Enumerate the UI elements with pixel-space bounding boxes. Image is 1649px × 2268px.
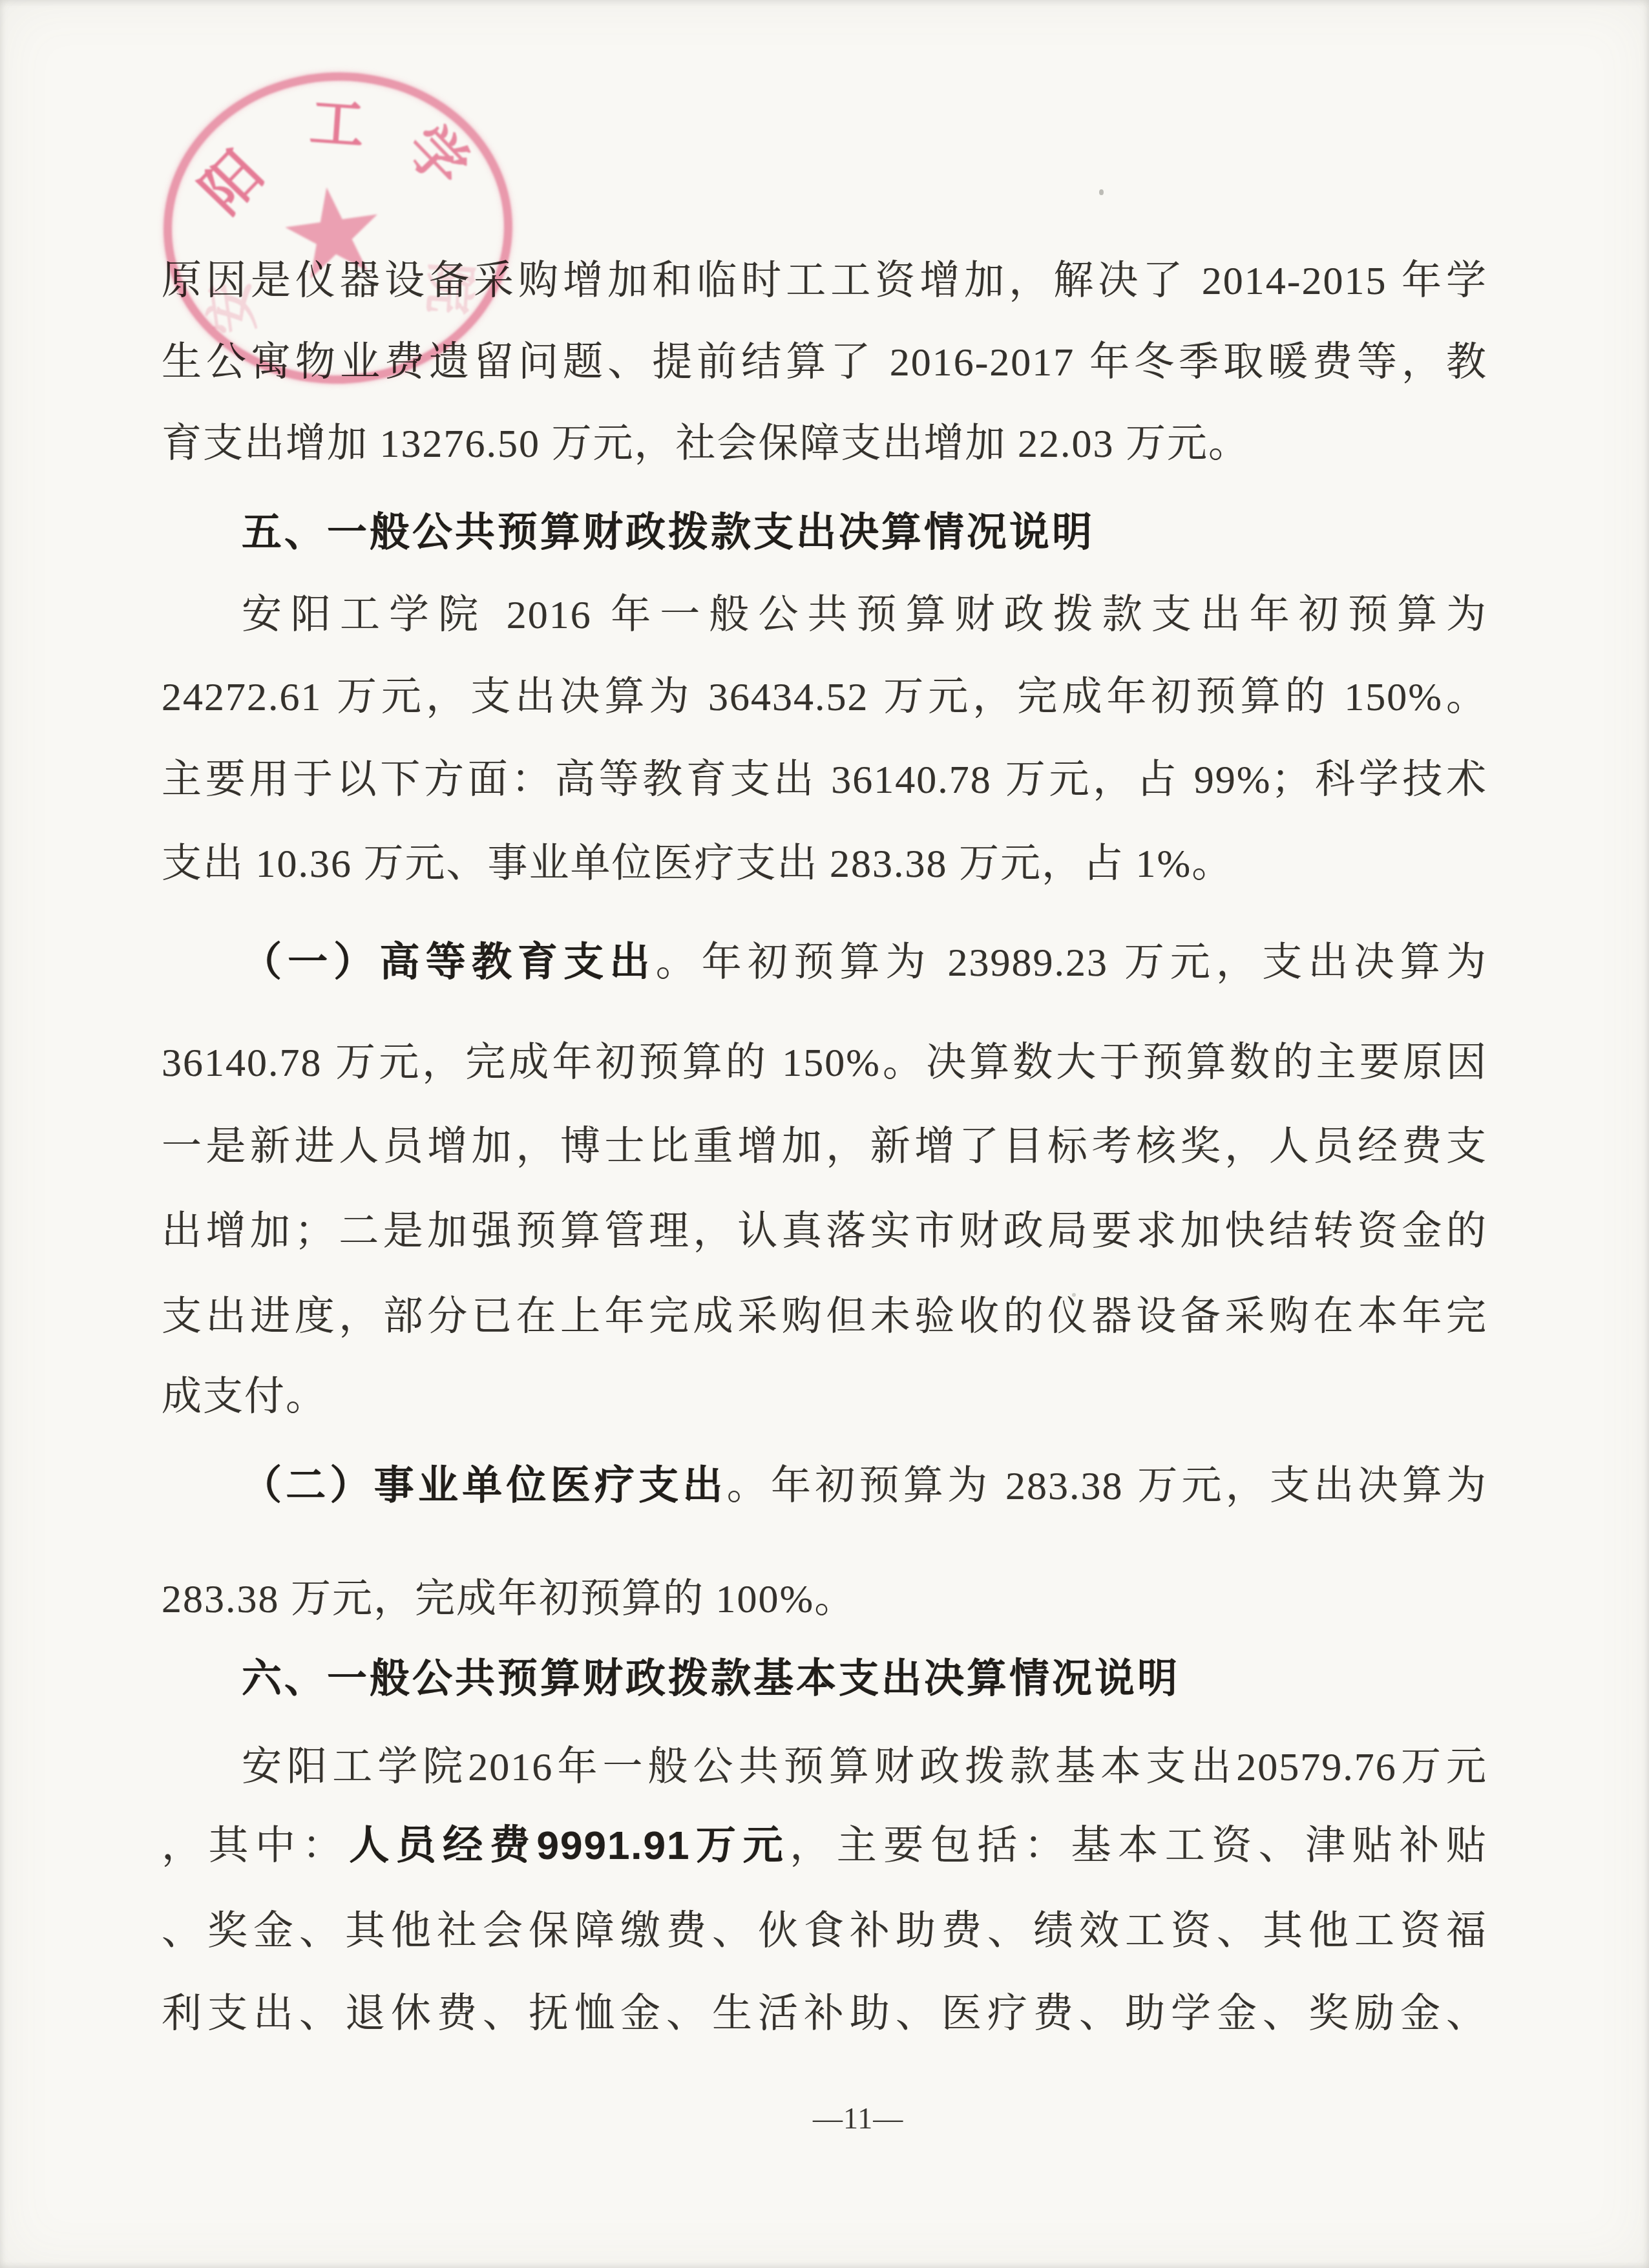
line-text: 利支出、退休费、抚恤金、生活补助、医疗费、助学金、奖励金、 bbox=[162, 1992, 1487, 2036]
subheading-medical-expense: （二）事业单位医疗支出 bbox=[242, 1464, 727, 1508]
text-line: 原因是仪器设备采购增加和临时工工资增加，解决了 2014-2015 年学 bbox=[162, 251, 1487, 311]
line-text: 育支出增加 13276.50 万元，社会保障支出增加 22.03 万元。 bbox=[162, 422, 1250, 466]
text-line: 283.38 万元，完成年初预算的 100%。 bbox=[162, 1569, 1487, 1630]
line-text: 出增加；二是加强预算管理，认真落实市财政局要求加快结转资金的 bbox=[162, 1210, 1487, 1254]
text-line: 出增加；二是加强预算管理，认真落实市财政局要求加快结转资金的 bbox=[162, 1201, 1487, 1262]
text-line: 育支出增加 13276.50 万元，社会保障支出增加 22.03 万元。 bbox=[162, 414, 1487, 474]
line-text: 支出进度，部分已在上年完成采购但未验收的仪器设备采购在本年完 bbox=[162, 1295, 1487, 1339]
text-line: 安阳工学院2016年一般公共预算财政拨款基本支出20579.76万元 bbox=[162, 1737, 1487, 1798]
line-text: 36140.78 万元，完成年初预算的 150%。决算数大于预算数的主要原因 bbox=[162, 1041, 1487, 1085]
section-heading-5: 五、一般公共预算财政拨款支出决算情况说明 bbox=[162, 503, 1487, 563]
line-text: 安阳工学院 2016 年一般公共预算财政拨款支出年初预算为 bbox=[242, 593, 1487, 637]
line-text: 283.38 万元，完成年初预算的 100%。 bbox=[162, 1577, 856, 1621]
line-text: 、奖金、其他社会保障缴费、伙食补助费、绩效工资、其他工资福 bbox=[162, 1909, 1487, 1953]
text-line: 一是新进人员增加，博士比重增加，新增了目标考核奖，人员经费支 bbox=[162, 1117, 1487, 1177]
stamp-char-yang: 阳 bbox=[193, 143, 273, 223]
personnel-funds-bold-text: 人员经费9991.91万元 bbox=[349, 1823, 790, 1868]
line-text: ，其中： bbox=[162, 1824, 349, 1868]
text-line: 36140.78 万元，完成年初预算的 150%。决算数大于预算数的主要原因 bbox=[162, 1033, 1487, 1093]
line-text: 24272.61 万元，支出决算为 36434.52 万元，完成年初预算的 15… bbox=[162, 675, 1487, 719]
line-text: 一是新进人员增加，博士比重增加，新增了目标考核奖，人员经费支 bbox=[162, 1125, 1487, 1169]
text-line: 支出 10.36 万元、事业单位医疗支出 283.38 万元，占 1%。 bbox=[162, 834, 1487, 894]
scan-speck bbox=[1072, 1293, 1076, 1297]
line-text: 主要用于以下方面：高等教育支出 36140.78 万元，占 99%；科学技术 bbox=[162, 758, 1487, 802]
subheading-higher-education: （一）高等教育支出 bbox=[242, 940, 656, 985]
heading-text: 五、一般公共预算财政拨款支出决算情况说明 bbox=[242, 510, 1095, 555]
text-line: （二）事业单位医疗支出。年初预算为 283.38 万元，支出决算为 bbox=[162, 1456, 1487, 1517]
text-line: 成支付。 bbox=[162, 1367, 1487, 1427]
text-line: （一）高等教育支出。年初预算为 23989.23 万元，支出决算为 bbox=[162, 932, 1487, 993]
line-text: ，主要包括：基本工资、津贴补贴 bbox=[790, 1824, 1487, 1868]
stamp-char-gong: 工 bbox=[308, 96, 366, 154]
scan-speck bbox=[1099, 189, 1104, 195]
text-line: 利支出、退休费、抚恤金、生活补助、医疗费、助学金、奖励金、 bbox=[162, 1984, 1487, 2044]
line-text: 生公寓物业费遗留问题、提前结算了 2016-2017 年冬季取暖费等，教 bbox=[162, 341, 1487, 384]
stamp-char-xue: 学 bbox=[396, 116, 476, 196]
heading-text: 六、一般公共预算财政拨款基本支出决算情况说明 bbox=[242, 1657, 1180, 1701]
text-line: 生公寓物业费遗留问题、提前结算了 2016-2017 年冬季取暖费等，教 bbox=[162, 332, 1487, 393]
text-line: 安阳工学院 2016 年一般公共预算财政拨款支出年初预算为 bbox=[162, 585, 1487, 646]
text-line: 支出进度，部分已在上年完成采购但未验收的仪器设备采购在本年完 bbox=[162, 1286, 1487, 1347]
text-line: ，其中：人员经费9991.91万元，主要包括：基本工资、津贴补贴 bbox=[162, 1816, 1487, 1876]
text-line: 24272.61 万元，支出决算为 36434.52 万元，完成年初预算的 15… bbox=[162, 667, 1487, 728]
line-text: 成支付。 bbox=[162, 1375, 327, 1419]
page-number: —11— bbox=[813, 2101, 903, 2136]
line-text: 支出 10.36 万元、事业单位医疗支出 283.38 万元，占 1%。 bbox=[162, 842, 1233, 886]
text-line: 主要用于以下方面：高等教育支出 36140.78 万元，占 99%；科学技术 bbox=[162, 750, 1487, 810]
line-text: 。年初预算为 283.38 万元，支出决算为 bbox=[727, 1464, 1487, 1508]
line-text: 原因是仪器设备采购增加和临时工工资增加，解决了 2014-2015 年学 bbox=[162, 259, 1487, 303]
scanned-page: 原因是仪器设备采购增加和临时工工资增加，解决了 2014-2015 年学 生公寓… bbox=[0, 0, 1649, 2268]
section-heading-6: 六、一般公共预算财政拨款基本支出决算情况说明 bbox=[162, 1649, 1487, 1710]
line-text: 。年初预算为 23989.23 万元，支出决算为 bbox=[656, 941, 1487, 985]
line-text: 安阳工学院2016年一般公共预算财政拨款基本支出20579.76万元 bbox=[242, 1745, 1487, 1789]
text-line: 、奖金、其他社会保障缴费、伙食补助费、绩效工资、其他工资福 bbox=[162, 1901, 1487, 1962]
